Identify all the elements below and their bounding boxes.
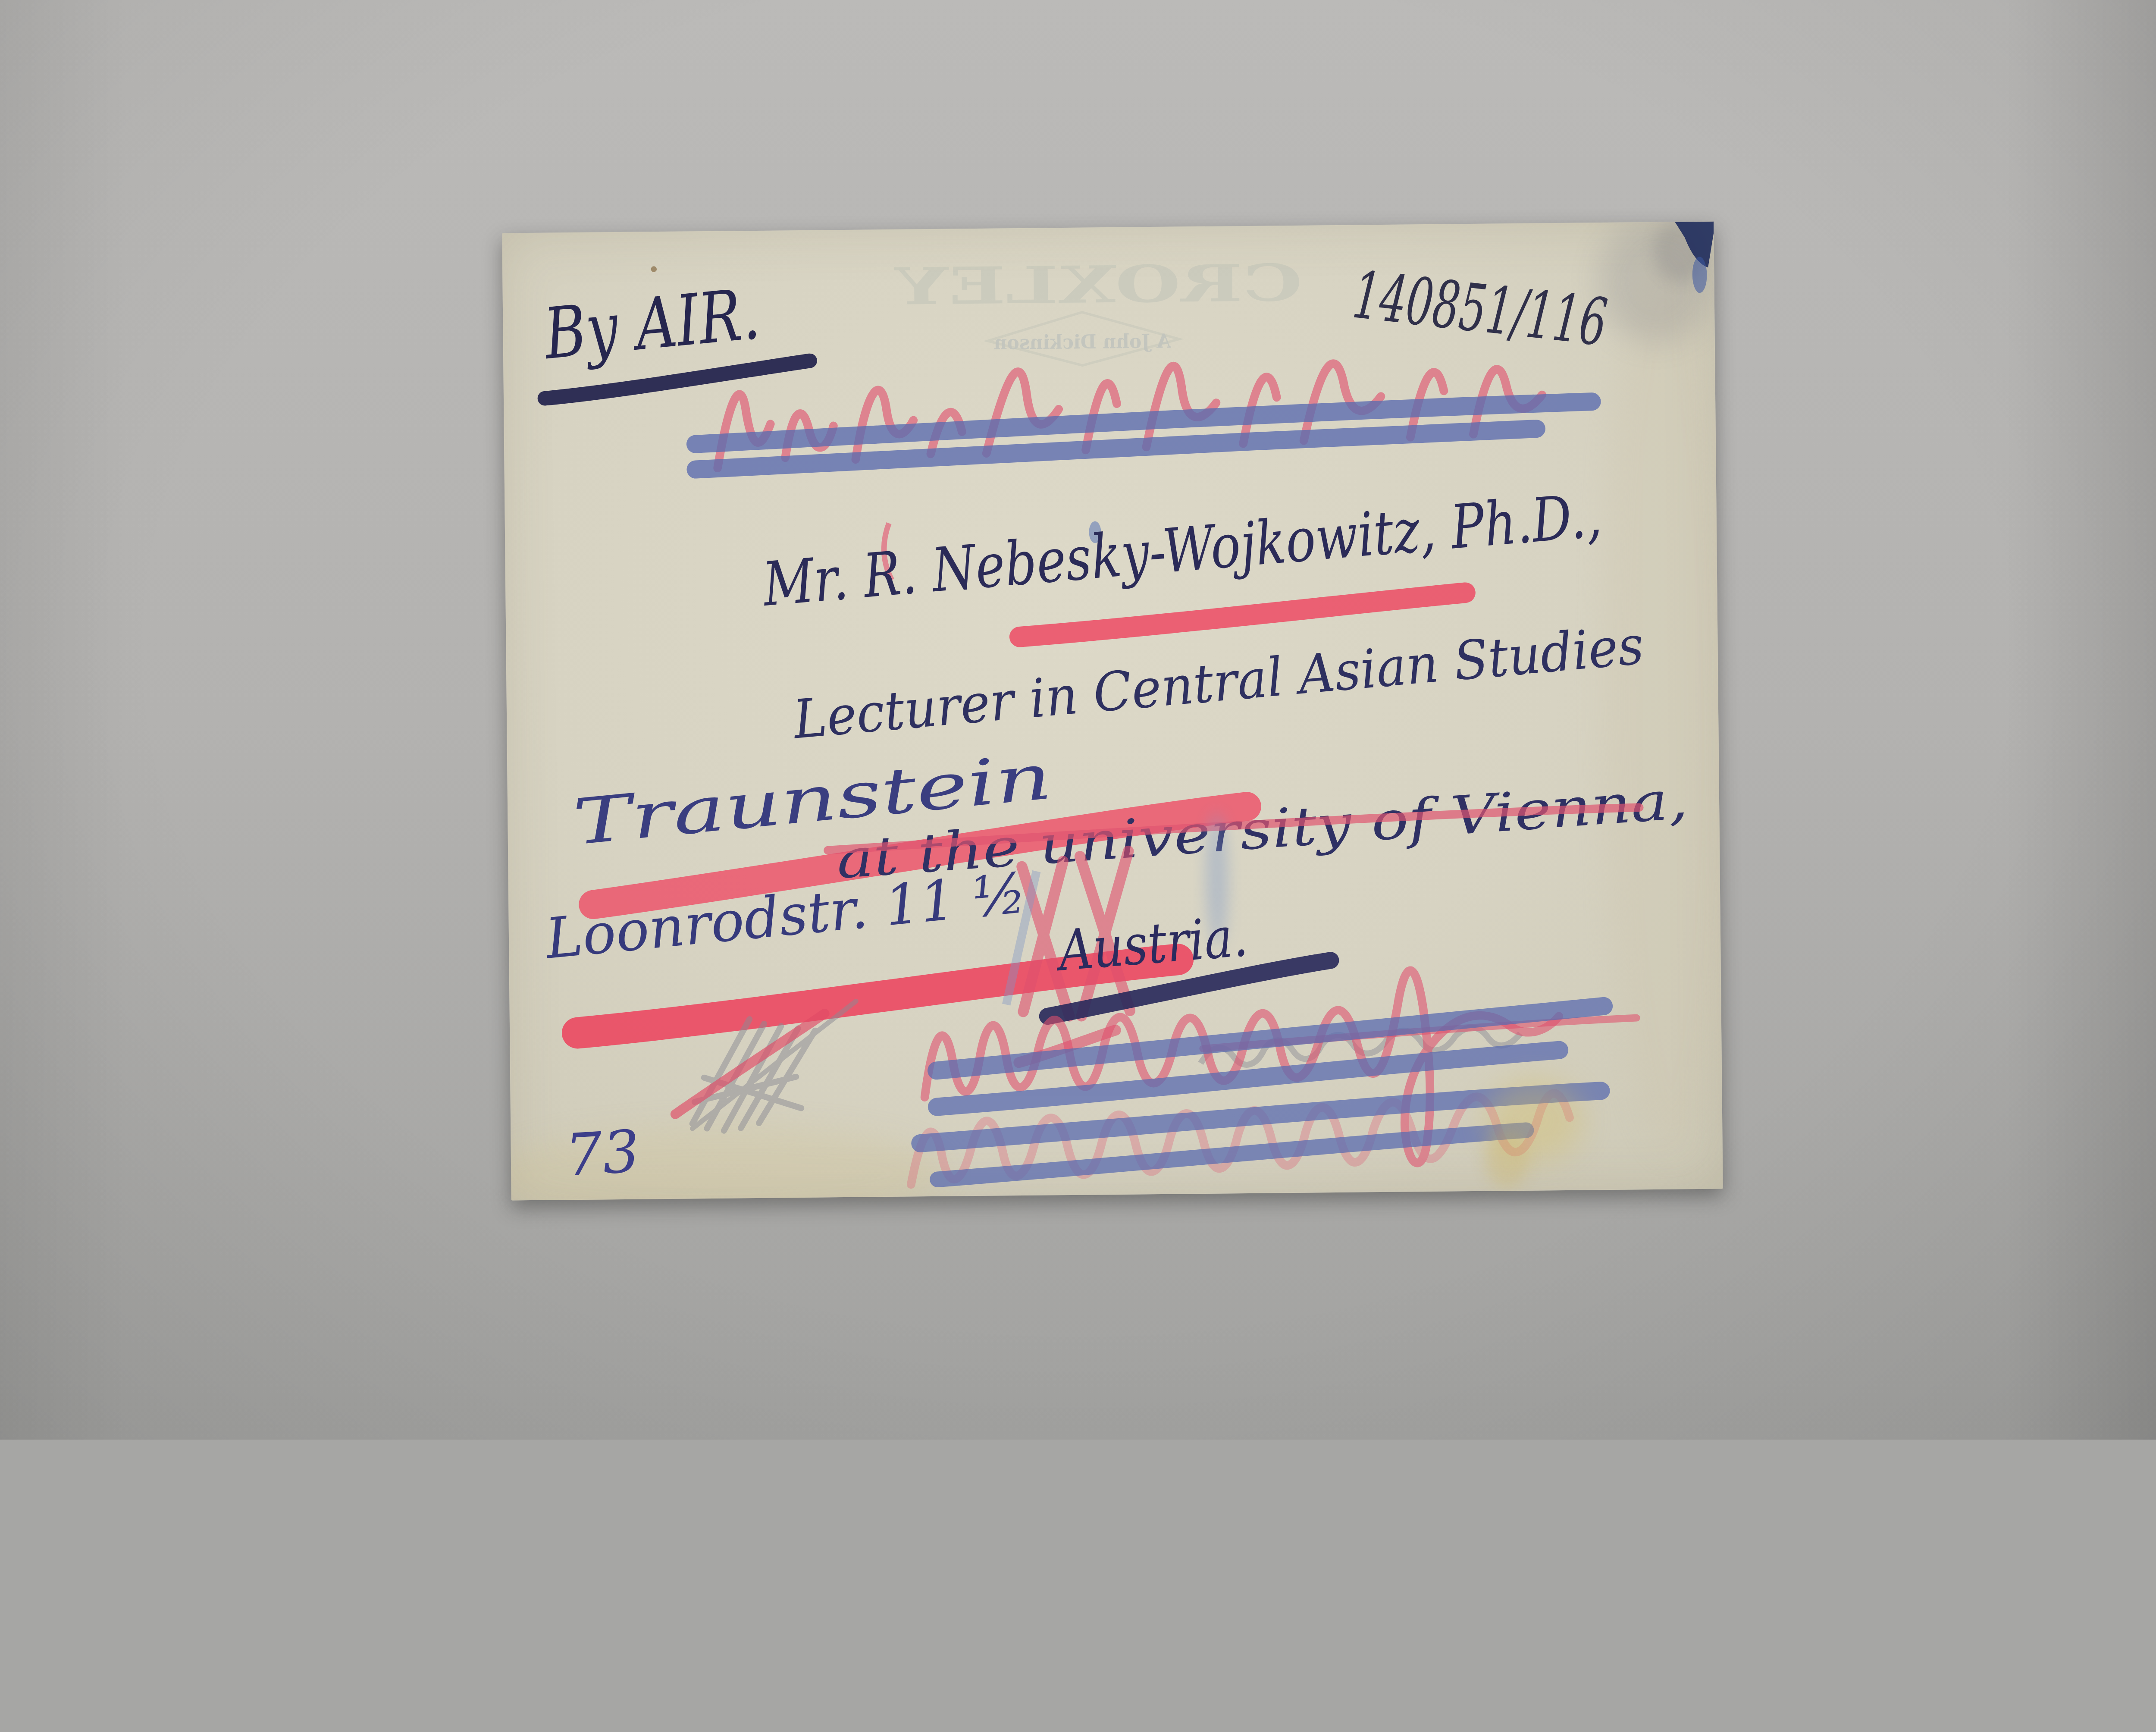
envelope-markings: CROXLEY A John Dickinson By AIR. 140851/… — [502, 222, 1723, 1201]
yellow-stain-tail — [1485, 1130, 1529, 1189]
photo-backdrop: CROXLEY A John Dickinson By AIR. 140851/… — [0, 0, 2156, 1440]
letterhead-showthrough: CROXLEY A John Dickinson — [894, 253, 1303, 367]
red-underline-name — [1019, 593, 1466, 637]
role-line: Lecturer in Central Asian Studies — [790, 615, 1646, 751]
letterhead-maker-mirrored: A John Dickinson — [994, 329, 1172, 354]
country-line: Austria. — [1053, 904, 1250, 984]
registry-number: 140851/116 — [1349, 257, 1611, 361]
archive-number: 73 — [564, 1117, 642, 1189]
blue-strike-lines-top — [695, 402, 1592, 470]
envelope: CROXLEY A John Dickinson By AIR. 140851/… — [502, 222, 1723, 1201]
addressee-line: Mr. R. Nebesky-Wojkowitz, Ph.D., — [759, 481, 1604, 621]
paper-speck — [651, 267, 657, 273]
letterhead-brand-mirrored: CROXLEY — [894, 253, 1303, 317]
airmail-label: By AIR. — [539, 273, 763, 375]
